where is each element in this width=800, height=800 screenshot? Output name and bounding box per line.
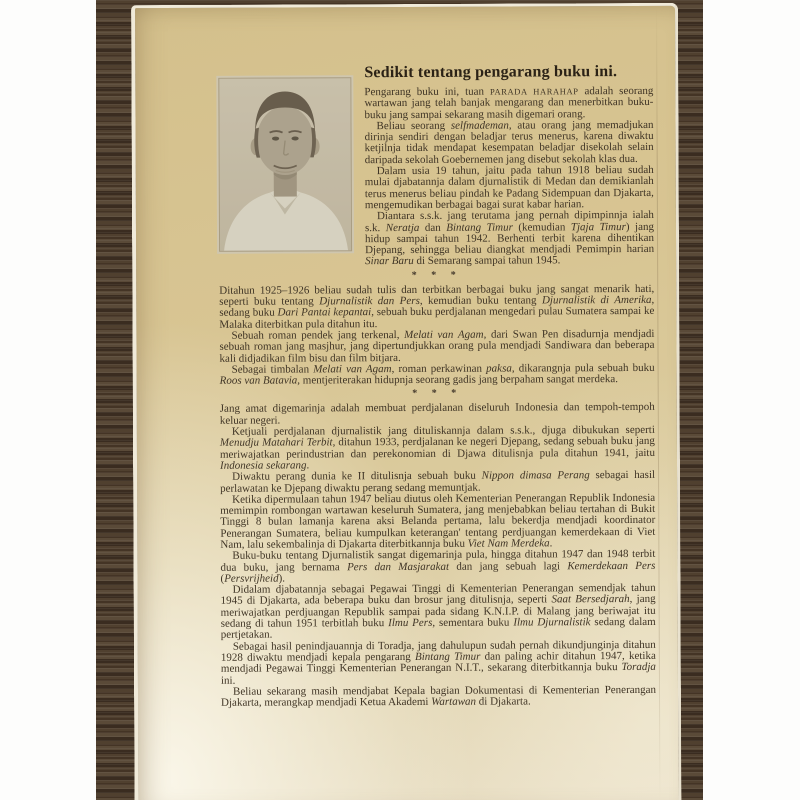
section-separator: * * * bbox=[220, 387, 655, 401]
book-page-photograph: Sedikit tentang pengarang buku ini. Peng… bbox=[0, 0, 800, 800]
biography-paragraph: Sebagai hasil penindjauannja di Toradja,… bbox=[221, 640, 656, 687]
biography-paragraph: Sebuah roman pendek jang terkenal, Melat… bbox=[219, 329, 654, 365]
portrait-image bbox=[219, 78, 351, 251]
biography-paragraph: Buku-buku tentang Djurnalistik sangat di… bbox=[220, 549, 655, 585]
biography-paragraph: Diwaktu perang dunia ke II ditulisnja se… bbox=[220, 470, 655, 494]
biography-paragraph: Ketika dipermulaan tahun 1947 beliau diu… bbox=[220, 493, 655, 551]
biography-paragraph: Ditahun 1925–1926 beliau sudah tulis dan… bbox=[219, 284, 654, 331]
biography-paragraph: Beliau sekarang masih mendjabat Kepala b… bbox=[221, 685, 656, 709]
biography-paragraph: Sebagai timbalan Melati van Agam, roman … bbox=[220, 363, 655, 387]
section-separator: * * * bbox=[219, 269, 654, 283]
book-page: Sedikit tentang pengarang buku ini. Peng… bbox=[131, 3, 681, 800]
biography-paragraph: Ketjuali perdjalanan djurnalistik jang d… bbox=[220, 425, 655, 472]
page-content: Sedikit tentang pengarang buku ini. Peng… bbox=[135, 6, 678, 800]
biography-paragraph: Didalam djabatannja sebagai Pegawai Ting… bbox=[221, 583, 656, 641]
author-portrait-photo bbox=[218, 77, 352, 252]
biography-paragraph: Jang amat digemarinja adalah membuat per… bbox=[220, 402, 655, 426]
